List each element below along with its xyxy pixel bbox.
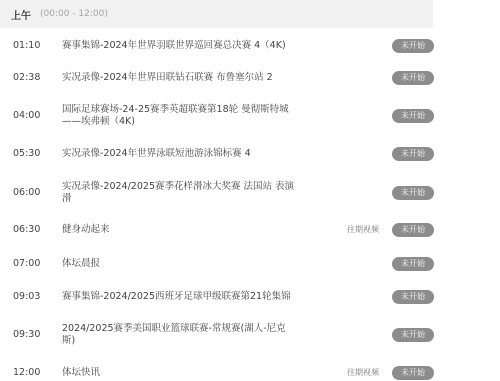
program-row: 05:30 实况录像-2024年世界泳联短池游泳锦标赛 4 未开始 xyxy=(0,147,500,161)
program-title[interactable]: 健身动起来 xyxy=(62,224,297,236)
program-time: 06:30 xyxy=(13,224,40,236)
program-title[interactable]: 赛事集锦-2024年世界羽联世界巡回赛总决赛 4（4K) xyxy=(62,40,362,52)
program-time: 04:00 xyxy=(13,110,40,122)
program-row: 04:00 国际足球赛场-24-25赛季英超联赛第18轮 曼彻斯特城——埃弗顿（… xyxy=(0,103,500,129)
status-badge[interactable]: 未开始 xyxy=(392,366,434,380)
status-badge[interactable]: 未开始 xyxy=(392,186,434,200)
program-time: 12:00 xyxy=(13,367,40,379)
program-title[interactable]: 国际足球赛场-24-25赛季英超联赛第18轮 曼彻斯特城——埃弗顿（4K) xyxy=(62,104,297,128)
program-title[interactable]: 实况录像-2024年世界泳联短池游泳锦标赛 4 xyxy=(62,148,362,160)
status-badge[interactable]: 未开始 xyxy=(392,39,434,53)
program-time: 09:30 xyxy=(13,329,40,341)
program-time: 09:03 xyxy=(13,291,40,303)
period-header: 上午 (00:00 - 12:00) xyxy=(0,0,433,28)
program-row: 12:00 体坛快讯 往期视频 未开始 xyxy=(0,366,500,380)
status-badge[interactable]: 未开始 xyxy=(392,257,434,271)
status-badge[interactable]: 未开始 xyxy=(392,71,434,85)
program-time: 06:00 xyxy=(13,187,40,199)
program-row: 09:30 2024/2025赛季美国职业篮球联赛-常规赛(湖人-尼克斯) 未开… xyxy=(0,322,500,348)
program-time: 07:00 xyxy=(13,258,40,270)
period-time-range: (00:00 - 12:00) xyxy=(40,9,108,19)
status-badge[interactable]: 未开始 xyxy=(392,290,434,304)
program-title[interactable]: 实况录像-2024/2025赛季花样滑冰大奖赛 法国站 表演滑 xyxy=(62,181,297,205)
program-title[interactable]: 体坛晨报 xyxy=(62,258,297,270)
program-row: 02:38 实况录像-2024年世界田联钻石联赛 布鲁塞尔站 2 未开始 xyxy=(0,71,500,85)
program-time: 05:30 xyxy=(13,148,40,160)
past-videos-link[interactable]: 往期视频 xyxy=(347,367,379,379)
program-time: 01:10 xyxy=(13,40,40,52)
program-time: 02:38 xyxy=(13,72,40,84)
status-badge[interactable]: 未开始 xyxy=(392,147,434,161)
past-videos-link[interactable]: 往期视频 xyxy=(347,224,379,236)
program-title[interactable]: 体坛快讯 xyxy=(62,367,297,379)
status-badge[interactable]: 未开始 xyxy=(392,223,434,237)
status-badge[interactable]: 未开始 xyxy=(392,328,434,342)
status-badge[interactable]: 未开始 xyxy=(392,109,434,123)
period-label: 上午 xyxy=(11,7,31,22)
program-title[interactable]: 2024/2025赛季美国职业篮球联赛-常规赛(湖人-尼克斯) xyxy=(62,323,297,347)
program-title[interactable]: 赛事集锦-2024/2025西班牙足球甲级联赛第21轮集锦 xyxy=(62,291,362,303)
program-row: 06:00 实况录像-2024/2025赛季花样滑冰大奖赛 法国站 表演滑 未开… xyxy=(0,180,500,206)
program-row: 07:00 体坛晨报 未开始 xyxy=(0,257,500,271)
program-title[interactable]: 实况录像-2024年世界田联钻石联赛 布鲁塞尔站 2 xyxy=(62,72,362,84)
program-row: 09:03 赛事集锦-2024/2025西班牙足球甲级联赛第21轮集锦 未开始 xyxy=(0,290,500,304)
program-row: 06:30 健身动起来 往期视频 未开始 xyxy=(0,223,500,237)
program-row: 01:10 赛事集锦-2024年世界羽联世界巡回赛总决赛 4（4K) 未开始 xyxy=(0,39,500,53)
